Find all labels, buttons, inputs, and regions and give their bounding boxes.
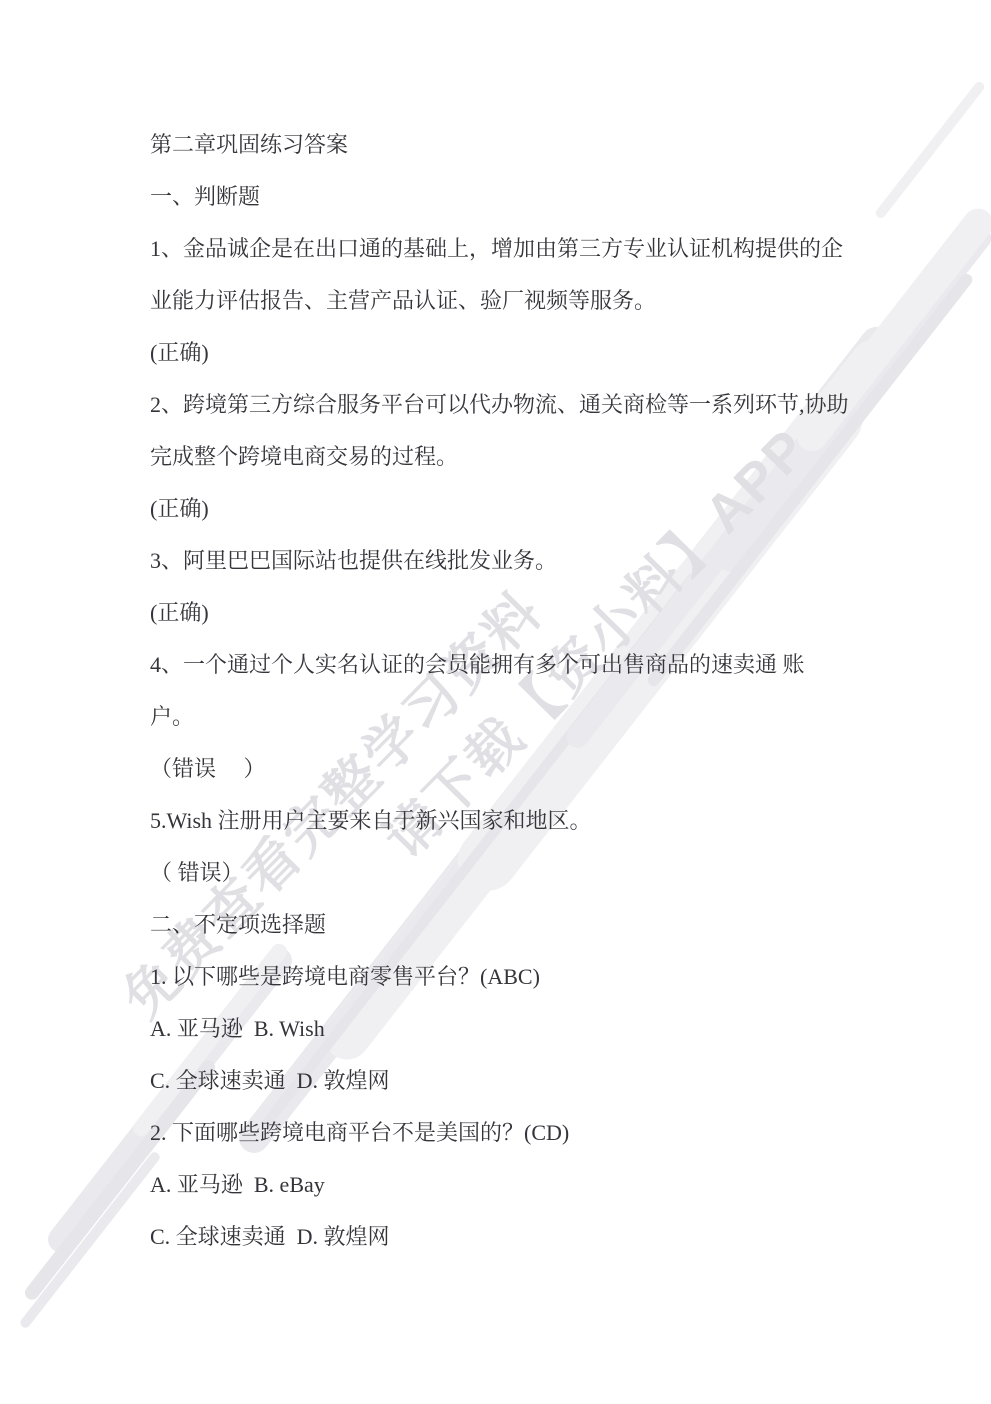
- text-line: 2. 下面哪些跨境电商平台不是美国的？(CD): [150, 1107, 991, 1159]
- text-line: 业能力评估报告、主营产品认证、验厂视频等服务。: [150, 275, 991, 327]
- text-line: (正确): [150, 327, 991, 379]
- text-line: (正确): [150, 483, 991, 535]
- document-page: 免费查看完整学习资料 请下载【资小料】APP 第二章巩固练习答案一、判断题1、金…: [0, 0, 991, 1404]
- text-line: (正确): [150, 587, 991, 639]
- text-line: 户。: [150, 691, 991, 743]
- streak-shape: [18, 1150, 161, 1330]
- text-line: C. 全球速卖通 D. 敦煌网: [150, 1055, 991, 1107]
- text-line: 5.Wish 注册用户主要来自于新兴国家和地区。: [150, 795, 991, 847]
- text-line: C. 全球速卖通 D. 敦煌网: [150, 1211, 991, 1263]
- document-content: 第二章巩固练习答案一、判断题1、金品诚企是在出口通的基础上，增加由第三方专业认证…: [150, 119, 991, 1263]
- text-line: A. 亚马逊 B. eBay: [150, 1159, 991, 1211]
- text-line: （错误 ）: [150, 743, 991, 795]
- text-line: 二、不定项选择题: [150, 899, 991, 951]
- text-line: 完成整个跨境电商交易的过程。: [150, 431, 991, 483]
- text-line: 第二章巩固练习答案: [150, 119, 991, 171]
- text-line: 3、阿里巴巴国际站也提供在线批发业务。: [150, 535, 991, 587]
- text-line: A. 亚马逊 B. Wish: [150, 1003, 991, 1055]
- text-line: 1、金品诚企是在出口通的基础上，增加由第三方专业认证机构提供的企: [150, 223, 991, 275]
- text-line: 2、跨境第三方综合服务平台可以代办物流、通关商检等一系列环节,协助: [150, 379, 991, 431]
- text-line: （ 错误）: [150, 847, 991, 899]
- text-line: 一、判断题: [150, 171, 991, 223]
- text-line: 1. 以下哪些是跨境电商零售平台？(ABC): [150, 951, 991, 1003]
- text-line: 4、一个通过个人实名认证的会员能拥有多个可出售商品的速卖通 账: [150, 639, 991, 691]
